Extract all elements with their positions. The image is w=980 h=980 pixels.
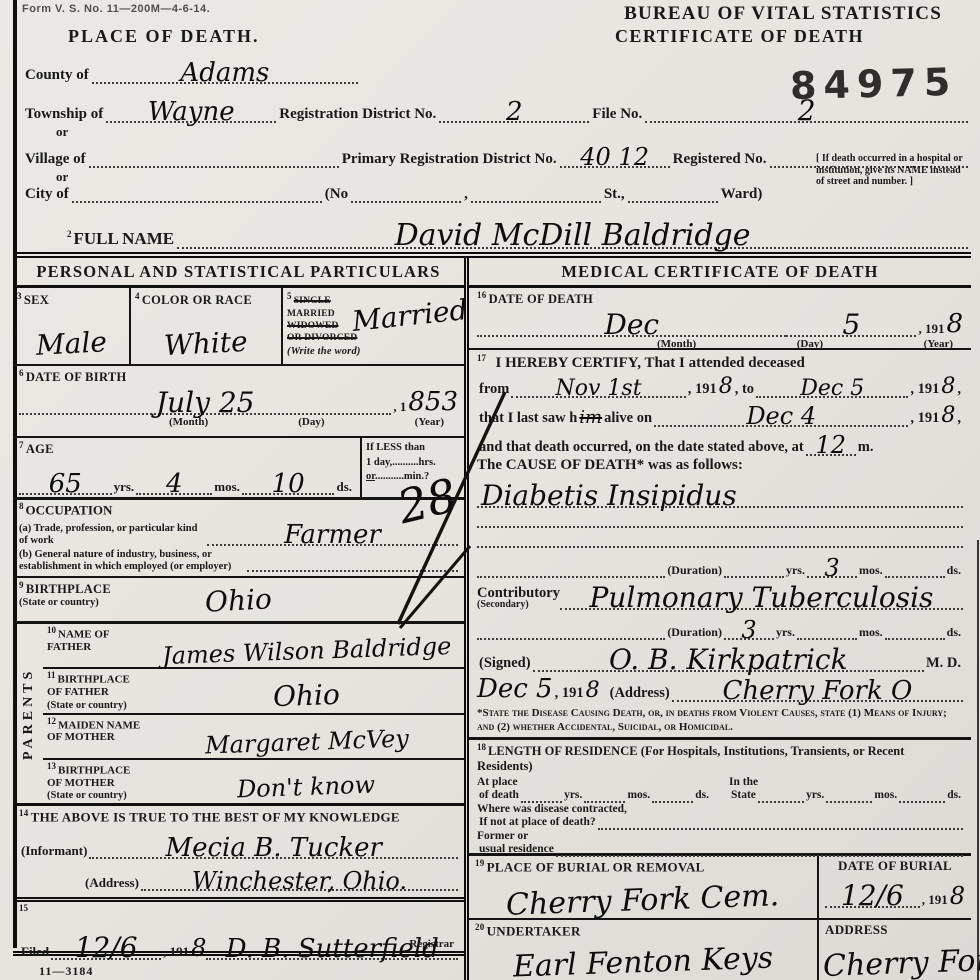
mother-name-row: 12MAIDEN NAMEOF MOTHER Margaret McVey — [43, 715, 464, 760]
file-no-label: File No. — [592, 106, 642, 123]
mother-name-field: Margaret McVey — [153, 730, 460, 755]
full-name-field: David McDill Baldridge — [177, 217, 968, 249]
year-printed: , 191 — [555, 685, 584, 702]
contracted-label: If not at place of death? — [479, 816, 596, 830]
undertaker-field: Earl Fenton Keys — [473, 948, 813, 978]
burial-year-value: 8 — [950, 884, 965, 908]
attended-from-field: Nov 1st — [511, 374, 685, 398]
village-label: Village of — [25, 151, 86, 168]
mother-name-l2: OF MOTHER — [47, 731, 115, 743]
write-the-word: (Write the word) — [287, 346, 361, 357]
mother-birthplace-field: Don't know — [153, 775, 460, 800]
place-of-death-title: PLACE OF DEATH. — [68, 26, 260, 47]
mos-unit: mos. — [859, 563, 883, 578]
duration1-mos-value: 3 — [824, 556, 839, 580]
occupation-b-label: (b) General nature of industry, business… — [19, 549, 247, 572]
burial-date-cell: DATE OF BURIAL 12/6 , 191 8 — [819, 856, 971, 918]
duration-line-2: (Duration) 3 yrs. mos. ds. — [477, 614, 963, 640]
county-value: Adams — [180, 60, 269, 86]
signed-address-field: Cherry Fork O — [672, 674, 963, 702]
marital-cell: 5SINGLE MARRIED WIDOWED OR DIVORCED (Wri… — [283, 288, 464, 364]
comma: , — [957, 410, 961, 427]
undertaker-cell: 20UNDERTAKER Earl Fenton Keys — [469, 920, 819, 980]
full-name-label: 2FULL NAME — [67, 229, 174, 249]
comma-1: , — [464, 186, 468, 203]
signed-label: (Signed) — [479, 655, 531, 672]
filed-date-value: 12/6 — [75, 934, 138, 962]
option-widowed: WIDOWED — [287, 321, 339, 331]
certify-section: 17 I HEREBY CERTIFY, That I attended dec… — [469, 350, 971, 740]
mos-unit: mos. — [859, 625, 883, 640]
last-saw-line: that I last saw him alive on Dec 4 , 191… — [477, 400, 963, 427]
undertaker-label: 20UNDERTAKER — [475, 922, 811, 939]
burial-place-field: Cherry Fork Cem. — [473, 886, 813, 916]
year-printed: , 191 — [910, 410, 939, 427]
county-line: County of Adams — [22, 56, 358, 84]
burial-row: 19PLACE OF BURIAL OR REMOVAL Cherry Fork… — [469, 856, 971, 920]
comma: , — [957, 381, 961, 398]
burial-place-label: 19PLACE OF BURIAL OR REMOVAL — [475, 858, 811, 875]
top-section: Form V. S. No. 11—200M—4-6-14. BUREAU OF… — [22, 3, 968, 249]
at-place-ds-field — [652, 801, 693, 803]
item-number-15: 15 — [19, 903, 28, 913]
undertaker-address-field: Cherry Fork O. — [823, 948, 967, 978]
registered-no-label: Registered No. — [673, 151, 767, 168]
street-no-field — [351, 201, 461, 203]
blank-field — [477, 546, 963, 548]
attended-to-field: Dec 5 — [756, 374, 908, 398]
occupation-label-text: OCCUPATION — [26, 502, 113, 517]
header-row-1: Form V. S. No. 11—200M—4-6-14. BUREAU OF… — [22, 3, 968, 25]
attended-from-year: 8 — [719, 376, 733, 398]
full-name-value: David McDill Baldridge — [395, 221, 751, 251]
filed-label: Filed — [21, 944, 49, 960]
signed-field: O. B. Kirkpatrick — [533, 642, 924, 672]
yrs-unit: yrs. — [776, 625, 795, 640]
duration-line-1: (Duration) yrs. 3 mos. ds. — [477, 552, 963, 578]
file-number-stamp: 84975 — [789, 60, 957, 108]
pen-mark-28: 28 — [393, 472, 461, 531]
burial-date-label: DATE OF BURIAL — [825, 858, 965, 874]
item-number-13: 13 — [47, 761, 56, 771]
duration-label: (Duration) — [667, 625, 722, 640]
option-divorced: OR DIVORCED — [287, 333, 357, 343]
city-label: City of — [25, 186, 69, 203]
sex-cell: 3SEX Male — [13, 288, 131, 364]
death-day-value: 5 — [843, 311, 861, 339]
blank-field — [477, 526, 963, 528]
occupation-a-label: (a) Trade, profession, or particular kin… — [19, 523, 207, 546]
item-number-11: 11 — [47, 670, 56, 680]
dob-label: 6DATE OF BIRTH — [19, 368, 458, 385]
parents-vertical-label: PARENTS — [13, 624, 43, 803]
residence-label-text: LENGTH OF RESIDENCE (For Hospitals, Inst… — [477, 744, 904, 773]
mother-bp-l2: OF MOTHER — [47, 777, 115, 789]
last-saw-year: 8 — [941, 405, 955, 427]
hour-value: 12 — [815, 433, 846, 457]
duration2-yrs-value: 3 — [741, 618, 756, 642]
last-saw-value: Dec 4 — [746, 404, 816, 428]
burial-place-value: Cherry Fork Cem. — [506, 881, 780, 921]
cause-value: Diabetis Insipidus — [481, 482, 737, 510]
cause-line: Diabetis Insipidus — [477, 478, 963, 508]
signed-date-address-line: Dec 5 , 191 8 (Address) Cherry Fork O — [477, 674, 963, 702]
caption-day: (Day) — [797, 338, 823, 350]
mother-bp-l1: BIRTHPLACE — [58, 764, 130, 776]
informant-address-line: (Address) Winchester, Ohio. — [83, 865, 458, 891]
cause-blank-line-2 — [477, 528, 963, 548]
option-single: SINGLE — [294, 296, 331, 306]
father-bp-l1: BIRTHPLACE — [58, 674, 130, 686]
attended-to-year: 8 — [941, 376, 955, 398]
marital-value: Married — [351, 296, 469, 336]
item-number-10: 10 — [47, 625, 56, 635]
age-years-field: 65 — [19, 467, 112, 495]
statement-label-text: THE ABOVE IS TRUE TO THE BEST OF MY KNOW… — [31, 809, 400, 824]
sex-value: Male — [35, 328, 107, 360]
item-number-16: 16 — [477, 290, 487, 300]
in-state-line-2: State yrs. mos. ds. — [729, 789, 963, 803]
ds-unit: ds. — [947, 789, 961, 803]
burial-place-cell: 19PLACE OF BURIAL OR REMOVAL Cherry Fork… — [469, 856, 819, 918]
item-number-2: 2 — [67, 229, 72, 239]
death-occurred-line: and that death occurred, on the date sta… — [477, 429, 963, 456]
former-line-1: Former or — [477, 830, 963, 844]
age-days-value: 10 — [272, 471, 305, 497]
medical-title: MEDICAL CERTIFICATE OF DEATH — [469, 258, 971, 288]
birthplace-value: Ohio — [204, 585, 272, 616]
registration-district-label: Registration District No. — [279, 106, 436, 123]
primary-registration-value: 40 12 — [580, 145, 649, 169]
item-number-6: 6 — [19, 368, 24, 378]
item-number-18: 18 — [477, 742, 486, 752]
father-bp-l2: OF FATHER — [47, 686, 109, 698]
scan-edge-right — [977, 540, 979, 980]
contracted-field — [598, 828, 963, 830]
burial-date-field: 12/6 — [825, 878, 920, 908]
dob-label-text: DATE OF BIRTH — [26, 370, 127, 384]
father-birthplace-value: Ohio — [273, 680, 341, 710]
mother-name-value: Margaret McVey — [204, 726, 409, 757]
yrs-unit: yrs. — [114, 479, 135, 495]
medical-column: MEDICAL CERTIFICATE OF DEATH 16DATE OF D… — [469, 258, 971, 980]
cause-footnote: *State the Disease Causing Death, or, in… — [477, 707, 963, 735]
township-label: Township of — [25, 106, 103, 123]
occurred-label: and that death occurred, on the date sta… — [479, 439, 804, 456]
county-label: County of — [25, 67, 89, 84]
informant-value: Mecia B. Tucker — [165, 835, 382, 861]
item-number-3: 3 — [17, 291, 22, 301]
filed-year-printed: , 191 — [163, 944, 189, 960]
street-name-field — [471, 201, 601, 203]
date-of-death-line: Dec 5 , 191 8 — [477, 307, 963, 337]
saw-struck-him: im — [579, 409, 602, 427]
yrs-unit: yrs. — [786, 563, 805, 578]
registration-district-value: 2 — [506, 99, 523, 125]
former-line-2: usual residence — [477, 843, 963, 857]
certify-line-1: I HEREBY CERTIFY, That I attended deceas… — [496, 355, 805, 371]
death-year-value: 8 — [946, 311, 963, 337]
item-number-12: 12 — [47, 716, 56, 726]
statement-row: 14THE ABOVE IS TRUE TO THE BEST OF MY KN… — [13, 806, 464, 902]
age-line: 65 yrs. 4 mos. 10 ds. — [19, 467, 354, 495]
attended-from-value: Nov 1st — [556, 378, 642, 400]
age-months-value: 4 — [166, 471, 183, 497]
caption-day: (Day) — [298, 416, 324, 428]
form-number: Form V. S. No. 11—200M—4-6-14. — [22, 3, 210, 15]
race-field: White — [131, 330, 281, 358]
at-place-yrs-field — [521, 801, 562, 803]
age-label-text: AGE — [26, 442, 54, 456]
township-field: Wayne — [106, 95, 276, 123]
parents-rows: 10NAME OFFATHER James Wilson Baldridge 1… — [43, 624, 464, 803]
bureau-title: BUREAU OF VITAL STATISTICS — [624, 3, 942, 25]
full-name-label-text: FULL NAME — [74, 229, 175, 248]
cause-field: Diabetis Insipidus — [477, 478, 963, 508]
hospital-note: [ If death occurred in a hospital or ins… — [816, 153, 964, 188]
usual-residence-label: usual residence — [479, 843, 554, 857]
father-name-l1: NAME OF — [58, 629, 110, 641]
cause-of-death-label: The CAUSE OF DEATH* was as follows: — [477, 457, 963, 474]
signed-address-label: (Address) — [610, 685, 670, 702]
item-number-8: 8 — [19, 501, 24, 511]
informant-label: (Informant) — [21, 843, 87, 859]
hour-field: 12 — [806, 429, 856, 456]
md-label: M. D. — [926, 655, 961, 672]
marital-field: Married — [352, 302, 468, 330]
residence-at-place: At place of death yrs. mos. ds. — [477, 776, 711, 803]
at-place-line-1: At place — [477, 776, 711, 790]
race-value: White — [164, 328, 249, 360]
race-cell: 4COLOR OR RACE White — [131, 288, 283, 364]
ds-unit: ds. — [947, 563, 961, 578]
registrar-value: D. B. Sutterfield — [226, 936, 439, 962]
informant-address-field: Winchester, Ohio. — [141, 865, 458, 891]
item-number-19: 19 — [475, 858, 485, 868]
yrs-unit: yrs. — [564, 789, 582, 803]
death-month-value: Dec — [604, 311, 659, 339]
duration2-ds-field — [885, 638, 945, 640]
duration1-mos-field: 3 — [807, 552, 857, 578]
to-label: , to — [735, 381, 754, 398]
father-name-l2: FATHER — [47, 641, 91, 653]
filed-row: 15 Filed 12/6 , 191 8 D. B. Sutterfield … — [13, 902, 464, 956]
duration1-ds-field — [885, 576, 945, 578]
death-date-captions: (Month) (Day) (Year) — [477, 337, 963, 350]
signed-date-value: Dec 5 — [477, 676, 553, 702]
father-birthplace-row: 11BIRTHPLACEOF FATHER(State or country) … — [43, 669, 464, 714]
year-printed: , 191 — [910, 381, 939, 398]
filed-date-field: 12/6 — [51, 930, 161, 960]
filed-year-value: 8 — [191, 936, 206, 960]
death-certificate-scan: 84975 Form V. S. No. 11—200M—4-6-14. BUR… — [0, 0, 980, 980]
yrs-unit: yrs. — [806, 789, 824, 803]
father-birthplace-field: Ohio — [153, 682, 460, 710]
street-label: St., — [604, 186, 625, 203]
village-field — [89, 166, 339, 168]
residence-in-state: In the State yrs. mos. ds. — [729, 776, 963, 803]
signed-address-value: Cherry Fork O — [722, 678, 912, 704]
personal-title: PERSONAL AND STATISTICAL PARTICULARS — [13, 258, 464, 288]
item-number-20: 20 — [475, 922, 485, 932]
caption-month: (Month) — [657, 338, 696, 350]
age-main: 7AGE 65 yrs. 4 mos. 10 ds. — [13, 438, 360, 497]
item-number-14: 14 — [19, 808, 29, 818]
mos-unit: mos. — [874, 789, 897, 803]
certificate-title: CERTIFICATE OF DEATH — [615, 26, 864, 47]
ds-unit: ds. — [947, 625, 961, 640]
dob-value: July 25 — [156, 389, 255, 417]
certify-heading: 17 I HEREBY CERTIFY, That I attended dec… — [477, 353, 963, 372]
at-place-mos-field — [584, 801, 625, 803]
undertaker-row: 20UNDERTAKER Earl Fenton Keys ADDRESS Ch… — [469, 920, 971, 980]
father-bp-sub: (State or country) — [47, 700, 127, 711]
undertaker-address-label: ADDRESS — [825, 922, 965, 938]
contributory-value: Pulmonary Tuberculosis — [590, 584, 934, 612]
informant-address-label: (Address) — [85, 875, 139, 891]
mos-unit: mos. — [627, 789, 650, 803]
at-place-line-2: of death yrs. mos. ds. — [477, 789, 711, 803]
date-of-death-row: 16DATE OF DEATH Dec 5 , 191 8 (Month) (D… — [469, 288, 971, 350]
parents-section: PARENTS 10NAME OFFATHER James Wilson Bal… — [13, 624, 464, 806]
mother-birthplace-value: Don't know — [237, 773, 376, 802]
item-number-5: 5 — [287, 291, 292, 301]
duration-label: (Duration) — [667, 563, 722, 578]
primary-registration-field: 40 12 — [560, 141, 670, 168]
last-saw-field: Dec 4 — [654, 400, 908, 427]
burial-place-label-text: PLACE OF BURIAL OR REMOVAL — [487, 859, 705, 874]
header-row-2: PLACE OF DEATH. CERTIFICATE OF DEATH — [22, 26, 968, 47]
contracted-line-1: Where was disease contracted, — [477, 803, 963, 817]
sex-field: Male — [13, 330, 129, 358]
registration-district-field: 2 — [439, 95, 589, 123]
in-state-line-1: In the — [729, 776, 963, 790]
sex-label-text: SEX — [24, 293, 49, 307]
caption-year: (Year) — [924, 338, 953, 350]
residence-label: 18LENGTH OF RESIDENCE (For Hospitals, In… — [477, 742, 963, 774]
in-state-ds-field — [899, 801, 945, 803]
race-label-text: COLOR OR RACE — [142, 293, 252, 307]
father-name-field: James Wilson Baldridge — [153, 639, 460, 664]
age-days-field: 10 — [242, 467, 335, 495]
township-value: Wayne — [148, 99, 235, 125]
signed-year-value: 8 — [586, 680, 600, 702]
date-of-death-label-text: DATE OF DEATH — [489, 292, 593, 306]
filed-line: Filed 12/6 , 191 8 D. B. Sutterfield — [19, 930, 458, 960]
mother-birthplace-row: 13BIRTHPLACEOF MOTHER(State or country) … — [43, 760, 464, 803]
ward-label: Ward) — [721, 186, 763, 203]
county-field: Adams — [92, 56, 358, 84]
attended-to-value: Dec 5 — [800, 378, 864, 400]
street-no-label: (No — [325, 186, 348, 203]
death-month-field: Dec — [477, 307, 786, 337]
option-married: MARRIED — [287, 309, 335, 319]
full-name-line: 2FULL NAME David McDill Baldridge — [64, 217, 968, 249]
item-number-17: 17 — [477, 353, 486, 363]
signed-value: O. B. Kirkpatrick — [609, 646, 848, 674]
sex-race-marital-row: 3SEX Male 4COLOR OR RACE White 5SINGLE M… — [13, 288, 464, 366]
ward-field — [628, 201, 718, 203]
undertaker-address-value: Cherry Fork O. — [823, 944, 980, 980]
mos-unit: mos. — [214, 479, 240, 495]
primary-registration-label: Primary Registration District No. — [342, 151, 557, 168]
signed-line: (Signed) O. B. Kirkpatrick M. D. — [477, 642, 963, 672]
age-years-value: 65 — [49, 471, 82, 497]
death-year-printed: , 191 — [918, 321, 944, 337]
city-line: City of (No , St., Ward) — [22, 186, 810, 203]
attended-line: from Nov 1st , 191 8 , to Dec 5 , 191 8 … — [477, 374, 963, 398]
item-number-4: 4 — [135, 291, 140, 301]
of-death-label: of death — [479, 789, 519, 803]
item-number-7: 7 — [19, 440, 24, 450]
alive-on-label: alive on — [604, 410, 652, 427]
duration2-mos-field — [797, 638, 857, 640]
informant-line: (Informant) Mecia B. Tucker — [19, 831, 458, 859]
date-of-death-label: 16DATE OF DEATH — [477, 290, 963, 307]
residence-section: 18LENGTH OF RESIDENCE (For Hospitals, In… — [469, 740, 971, 856]
contributory-field: Pulmonary Tuberculosis — [560, 580, 963, 610]
contracted-line-2: If not at place of death? — [477, 816, 963, 830]
informant-field: Mecia B. Tucker — [89, 831, 458, 859]
meridiem-label: m. — [858, 439, 874, 456]
age-label: 7AGE — [19, 440, 354, 457]
in-state-yrs-field — [758, 801, 804, 803]
year-printed: , 191 — [688, 381, 717, 398]
burial-date-line: 12/6 , 191 8 — [825, 878, 965, 908]
residence-columns: At place of death yrs. mos. ds. In the S… — [477, 776, 963, 803]
state-label: State — [731, 789, 756, 803]
contributory-line: Contributory(Secondary) Pulmonary Tuberc… — [477, 580, 963, 610]
ds-unit: ds. — [695, 789, 709, 803]
in-state-mos-field — [826, 801, 872, 803]
city-field — [72, 201, 322, 203]
undertaker-label-text: UNDERTAKER — [487, 923, 581, 938]
race-label: 4COLOR OR RACE — [135, 291, 277, 308]
death-day-field: 5 — [786, 307, 916, 337]
undertaker-address-cell: ADDRESS Cherry Fork O. — [819, 920, 971, 980]
informant-address-value: Winchester, Ohio. — [192, 869, 407, 893]
duration1-yrs-field — [724, 576, 784, 578]
duration2-yrs-field: 3 — [724, 614, 774, 640]
dob-field: July 25 — [19, 385, 391, 415]
mother-name-l1: MAIDEN NAME — [58, 719, 140, 731]
year-printed: , 191 — [922, 892, 948, 908]
burial-date-value: 12/6 — [841, 882, 904, 910]
registrar-label: Registrar — [409, 938, 454, 950]
undertaker-value: Earl Fenton Keys — [512, 943, 773, 980]
statement-label: 14THE ABOVE IS TRUE TO THE BEST OF MY KN… — [19, 808, 458, 825]
age-months-field: 4 — [136, 467, 212, 495]
sex-label: 3SEX — [17, 291, 125, 308]
mother-bp-sub: (State or country) — [47, 790, 127, 801]
